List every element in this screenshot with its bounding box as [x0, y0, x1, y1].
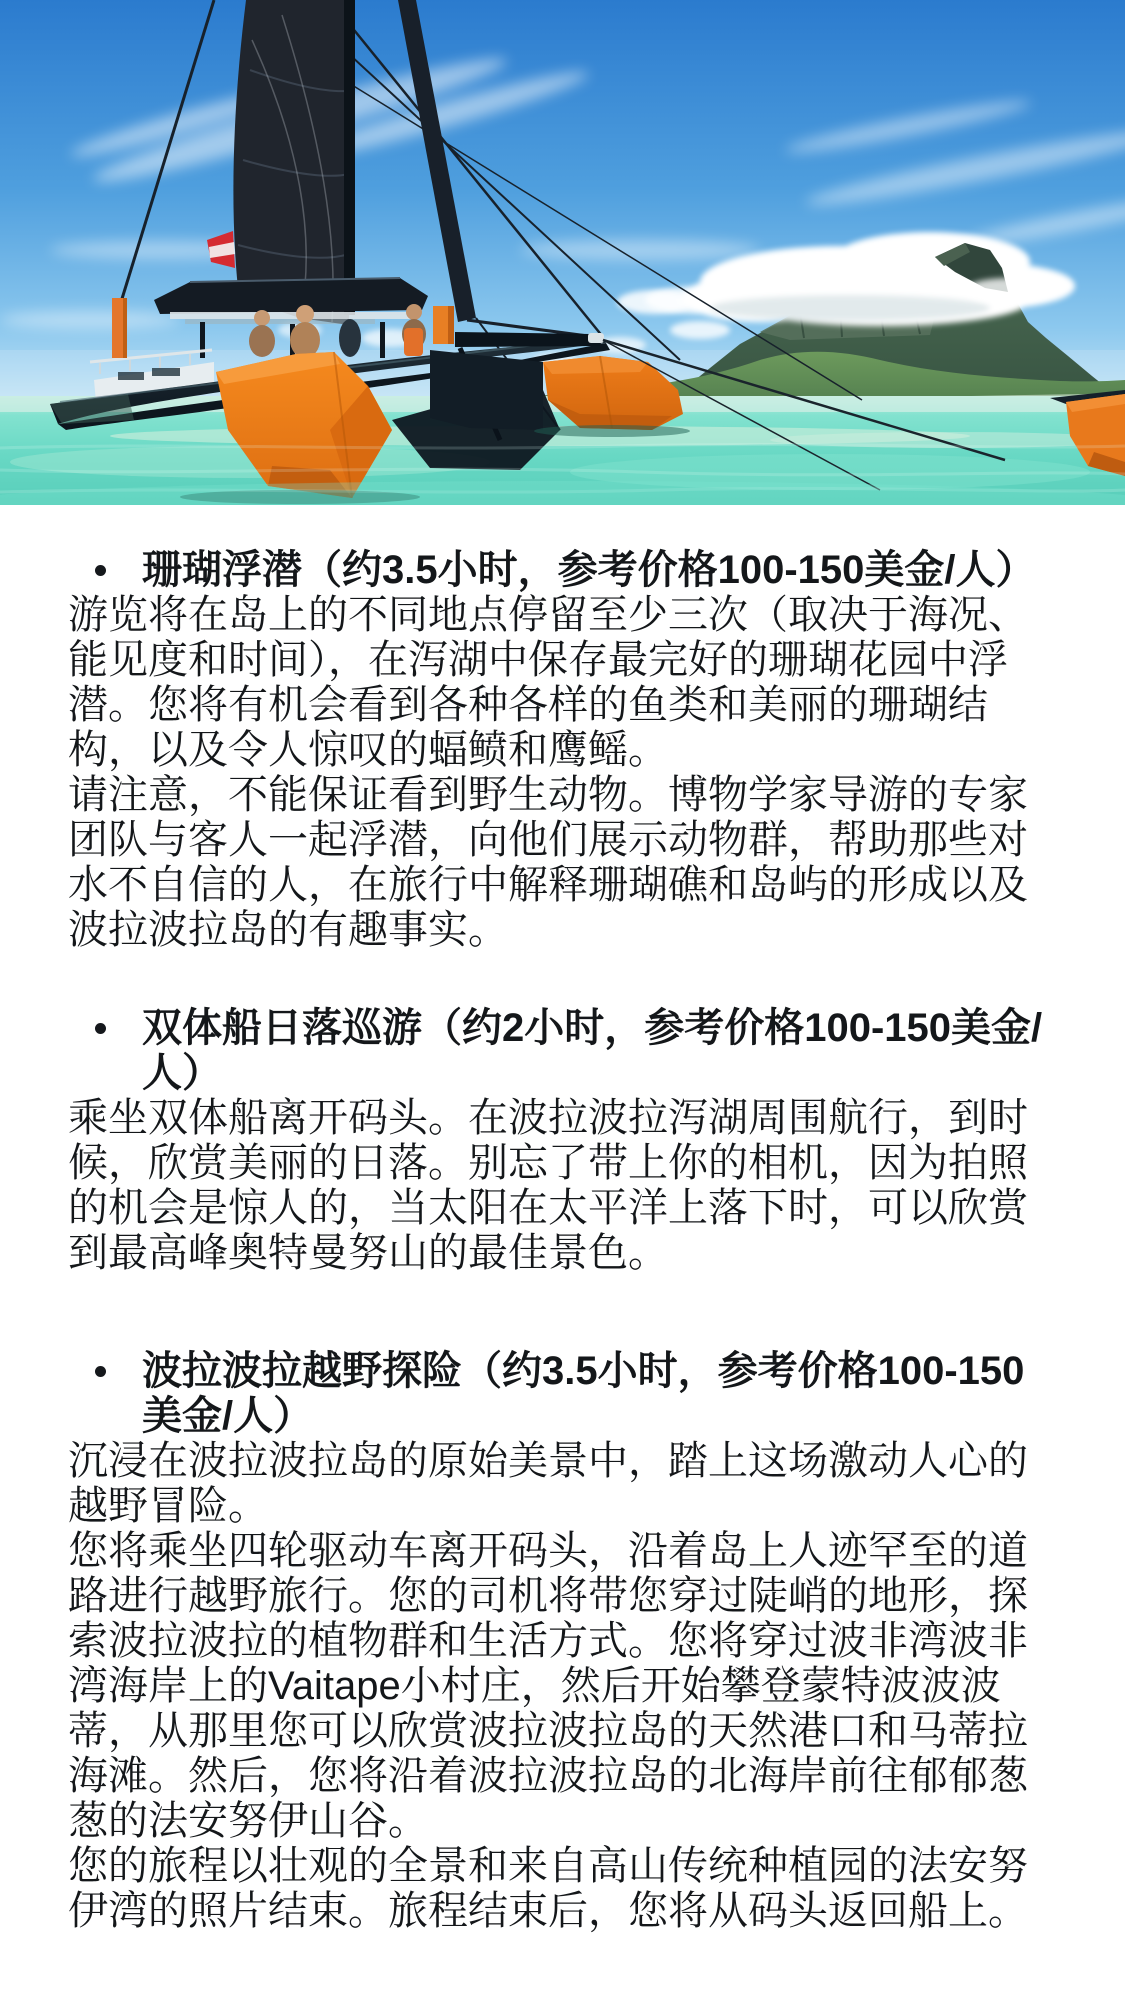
section-title: 波拉波拉越野探险（约3.5小时，参考价格100-150美金/人） — [142, 1349, 1057, 1439]
bullet-icon — [95, 1366, 106, 1377]
section-paragraph: 游览将在岛上的不同地点停留至少三次（取决于海况、能见度和时间），在泻湖中保存最完… — [68, 593, 1057, 773]
bullet-icon — [95, 1023, 106, 1034]
section-offroad-adventure: 波拉波拉越野探险（约3.5小时，参考价格100-150美金/人） 沉浸在波拉波拉… — [68, 1349, 1057, 1934]
section-title: 双体船日落巡游（约2小时，参考价格100-150美金/人） — [142, 1006, 1057, 1096]
mainsail — [233, 0, 351, 325]
travel-itinerary-page: { "photo": { "alt": "Black-sailed catama… — [0, 0, 1125, 2000]
section-title-row: 珊瑚浮潜（约3.5小时，参考价格100-150美金/人） — [68, 548, 1057, 593]
section-paragraph: 沉浸在波拉波拉岛的原始美景中，踏上这场激动人心的越野冒险。 — [68, 1439, 1057, 1529]
section-paragraph: 您的旅程以壮观的全景和来自高山传统种植园的法安努伊湾的照片结束。旅程结束后，您将… — [68, 1844, 1057, 1934]
hero-photo — [0, 0, 1125, 505]
section-paragraph: 请注意，不能保证看到野生动物。博物学家导游的专家团队与客人一起浮潜，向他们展示动… — [68, 773, 1057, 953]
section-title-row: 波拉波拉越野探险（约3.5小时，参考价格100-150美金/人） — [68, 1349, 1057, 1439]
section-sunset-cruise: 双体船日落巡游（约2小时，参考价格100-150美金/人） 乘坐双体船离开码头。… — [68, 1006, 1057, 1276]
section-coral-snorkeling: 珊瑚浮潜（约3.5小时，参考价格100-150美金/人） 游览将在岛上的不同地点… — [68, 548, 1057, 953]
mast — [344, 0, 355, 315]
section-title: 珊瑚浮潜（约3.5小时，参考价格100-150美金/人） — [142, 548, 1057, 593]
section-title-row: 双体船日落巡游（约2小时，参考价格100-150美金/人） — [68, 1006, 1057, 1096]
section-paragraph: 您将乘坐四轮驱动车离开码头，沿着岛上人迹罕至的道路进行越野旅行。您的司机将带您穿… — [68, 1529, 1057, 1844]
lagoon-catamaran-illustration — [0, 0, 1125, 505]
tour-descriptions: 珊瑚浮潜（约3.5小时，参考价格100-150美金/人） 游览将在岛上的不同地点… — [0, 548, 1125, 1934]
section-paragraph: 乘坐双体船离开码头。在波拉波拉泻湖周围航行，到时候，欣赏美丽的日落。别忘了带上你… — [68, 1096, 1057, 1276]
bullet-icon — [95, 565, 106, 576]
